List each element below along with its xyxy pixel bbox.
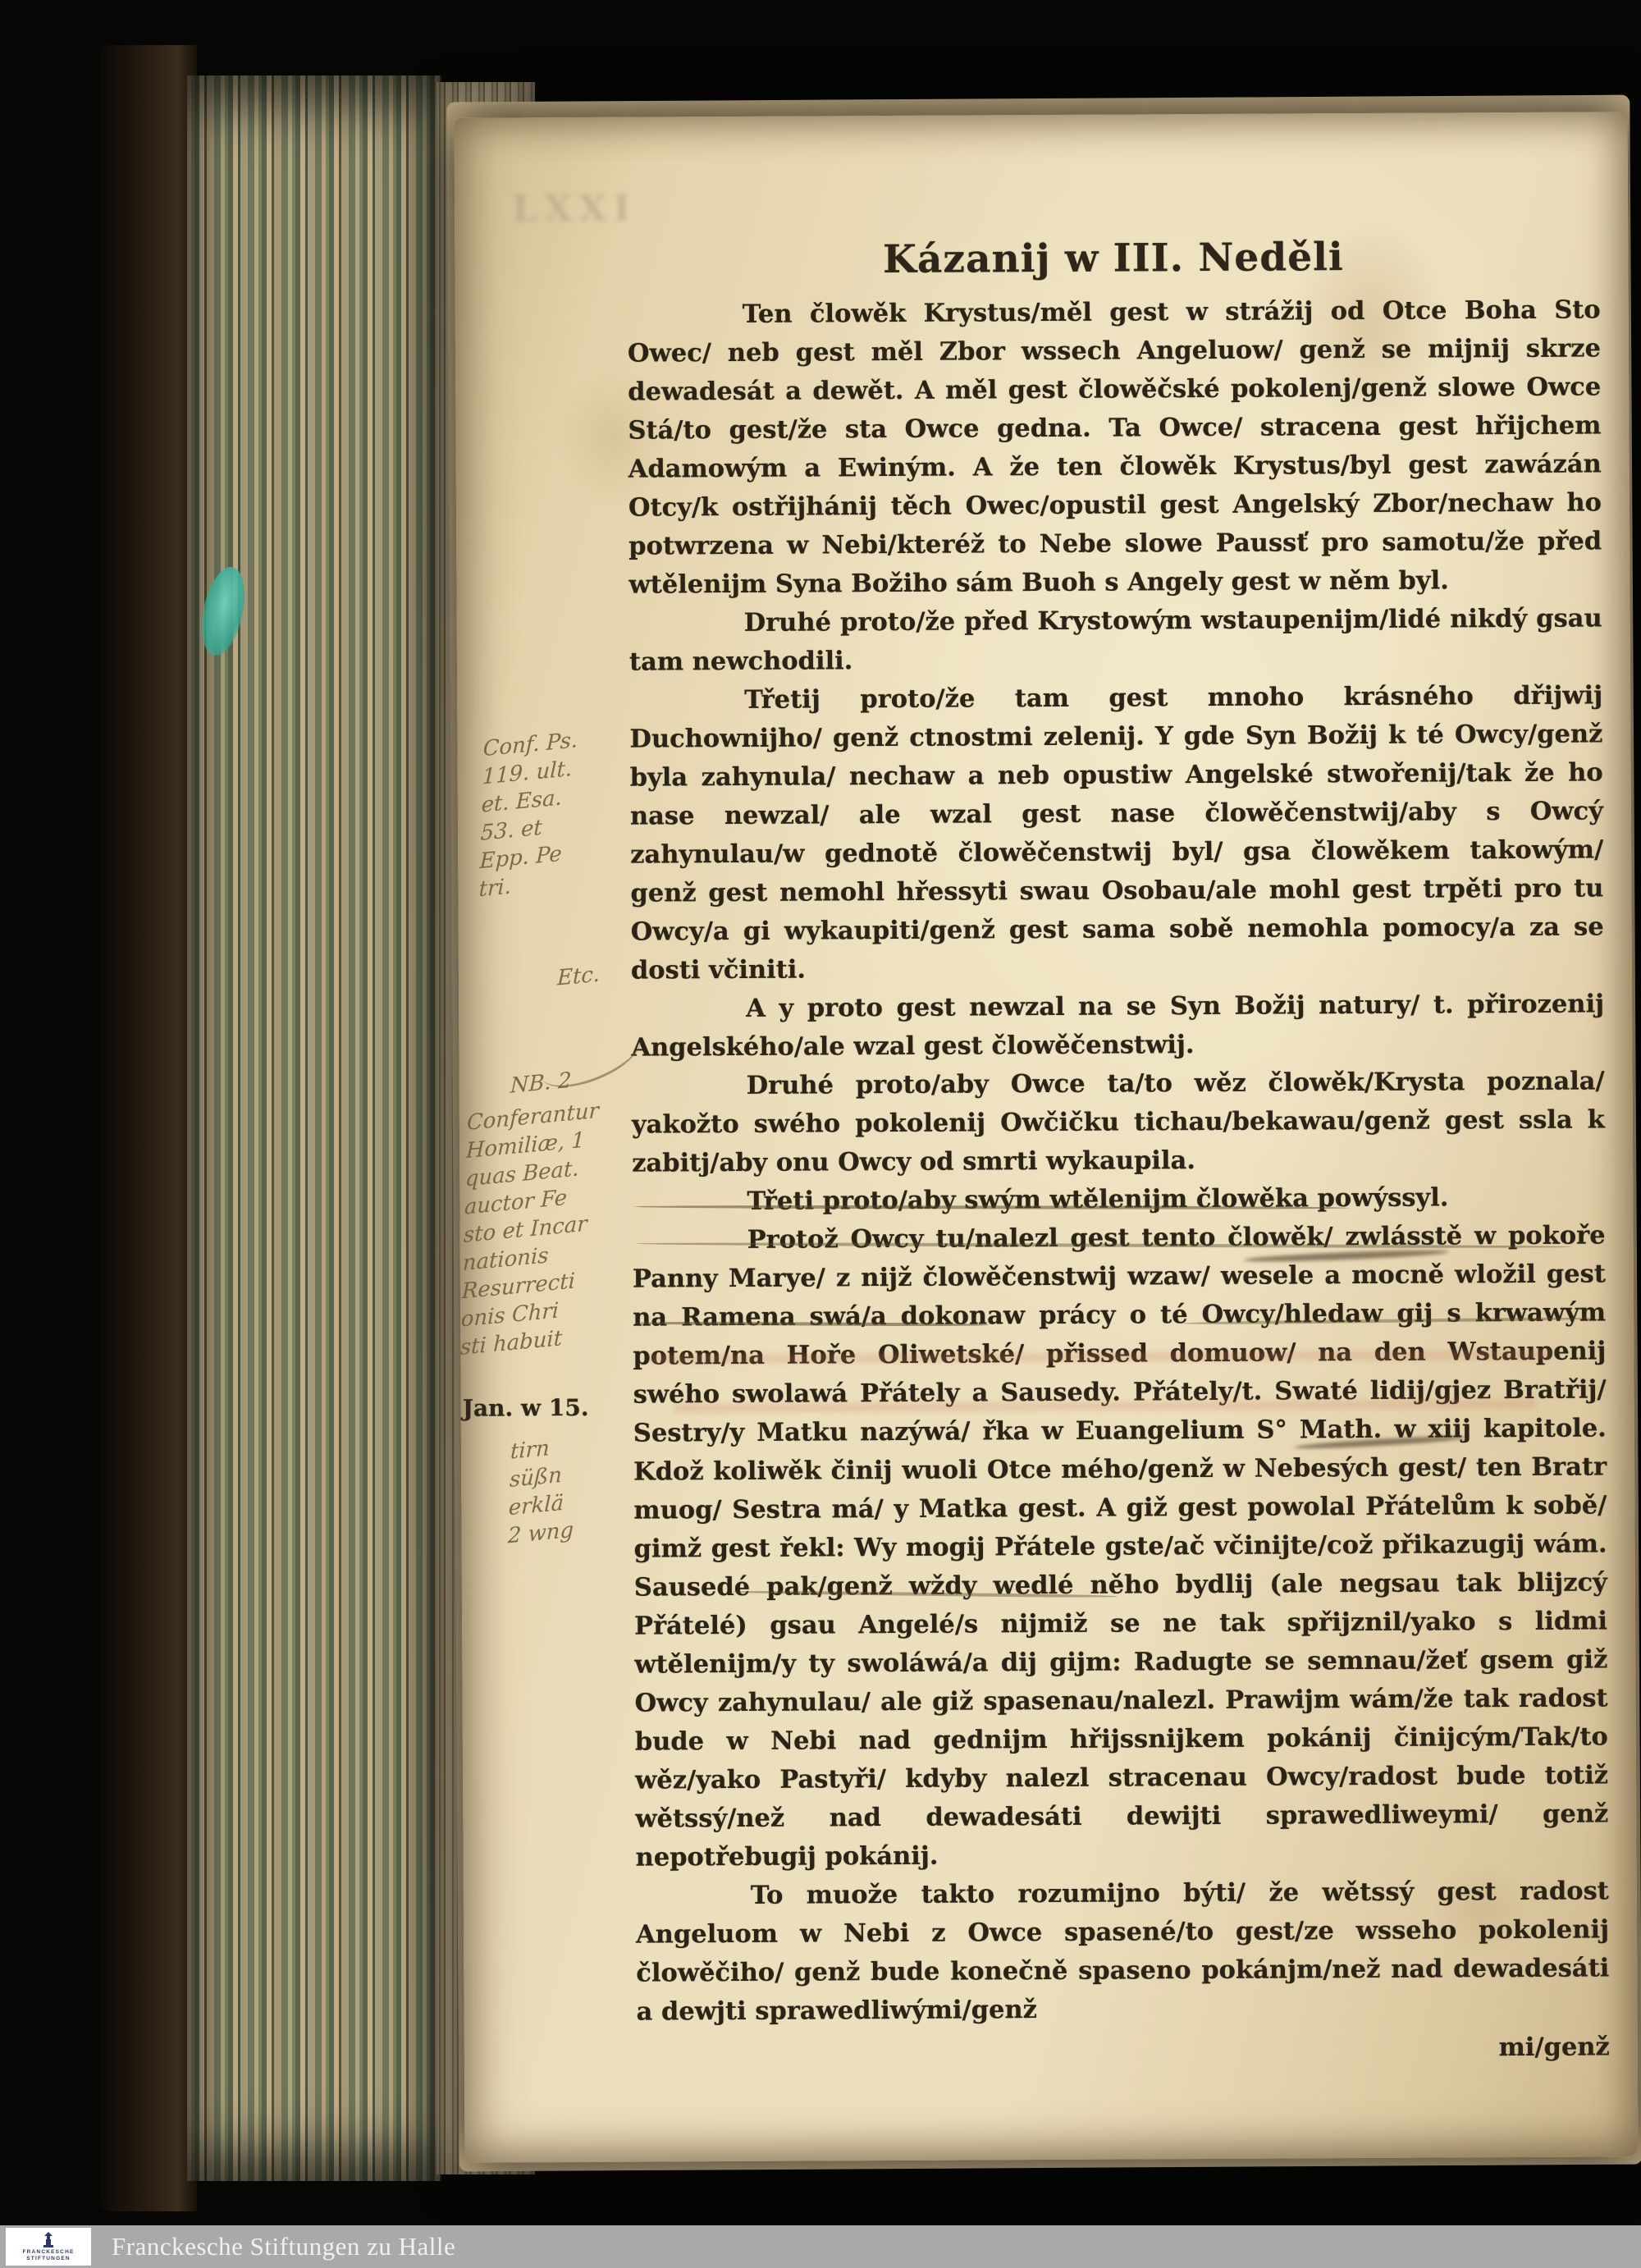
paragraph: A y proto gest newzal na se Syn Božij na… (631, 985, 1604, 1067)
margin-note-conferantur: Conferantur Homiliæ, 1 quas Beat. auctor… (459, 1097, 599, 1362)
paragraph: Protož Owcy tu/nalezl gest tento člowěk/… (633, 1216, 1609, 1877)
paragraph: Druhé proto/aby Owce ta/to wěz člowěk/Kr… (632, 1062, 1606, 1182)
catchword: mi/genž (637, 2028, 1610, 2071)
book-cover-edge (100, 45, 197, 2211)
paragraph: Třeti proto/aby swým wtělenijm člowěka p… (632, 1177, 1605, 1221)
paragraph: To muože takto rozumijno býti/ že wětssý… (636, 1872, 1610, 2031)
franckesche-logo: FRANCKESCHE STIFTUNGEN (6, 2228, 91, 2266)
margin-note-etc: Etc. (557, 960, 601, 992)
paragraph: Druhé proto/že před Krystowým wstaupenij… (629, 599, 1602, 681)
paragraph: Třetij proto/že tam gest mnoho krásného … (629, 676, 1604, 990)
watermark-bar: FRANCKESCHE STIFTUNGEN Franckesche Stift… (0, 2225, 1641, 2268)
ink-showthrough: LXXI (512, 187, 807, 246)
logo-text-line2: STIFTUNGEN (26, 2256, 71, 2262)
page-title: Kázanij w III. Neděli (627, 233, 1599, 283)
logo-text-line1: FRANCKESCHE (22, 2249, 74, 2256)
photo-background: LXXI Kázanij w III. Neděli Ten člowěk Kr… (0, 0, 1641, 2268)
margin-note-reference: Conf. Ps. 119. ult. et. Esa. 53. et Epp.… (478, 726, 578, 903)
margin-note-nb: NB. 2 (510, 1067, 572, 1100)
franckesche-eagle-icon (42, 2232, 55, 2248)
book-page: LXXI Kázanij w III. Neděli Ten člowěk Kr… (454, 112, 1638, 2162)
paragraph: Ten člowěk Krystus/měl gest w strážij od… (628, 290, 1602, 604)
text-block: Ten člowěk Krystus/měl gest w strážij od… (628, 290, 1610, 2071)
margin-note-cursive: tirn süßn erklä 2 wng (507, 1432, 576, 1550)
margin-note-jan15: Jan. w 15. (463, 1394, 589, 1422)
page-stack-edges (187, 75, 441, 2181)
watermark-title: Franckesche Stiftungen zu Halle (112, 2225, 455, 2268)
